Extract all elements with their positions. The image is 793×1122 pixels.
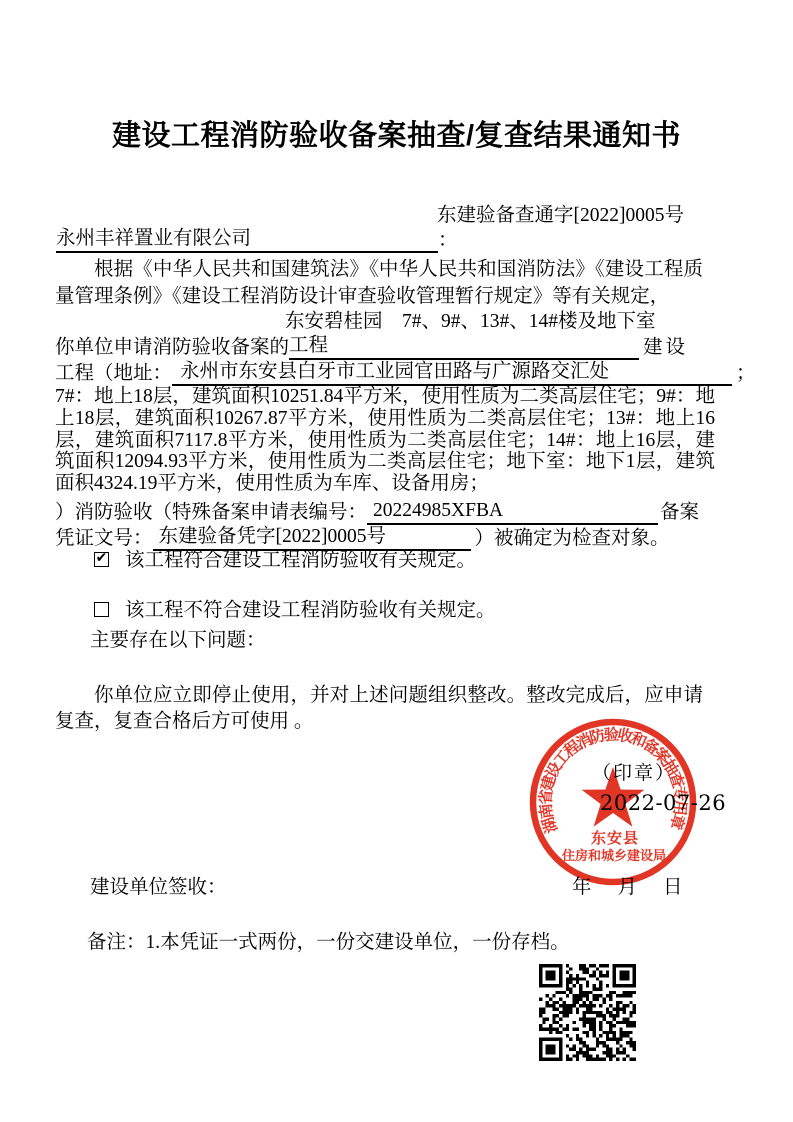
sign-month: 月 — [618, 876, 638, 900]
checkbox-pass-mark: ✔ — [96, 552, 108, 565]
problems-heading: 主要存在以下问题： — [90, 629, 266, 653]
sign-year: 年 — [572, 876, 592, 900]
result-pass-row: ✔ 该工程符合建设工程消防验收有关规定。 — [94, 549, 476, 573]
project-line-suffix: 建设 — [643, 337, 688, 358]
project-line: 你单位申请消防验收备案的工程建设 — [55, 334, 688, 360]
certificate-line: 凭证文号：东建验备凭字[2022]0005号）被确定为检查对象。 — [55, 525, 670, 551]
addressee-colon: ： — [438, 230, 458, 251]
doc-number: 东建验备查通字[2022]0005号 — [437, 204, 684, 228]
seal-org-line2: 住房和城乡建设局 — [562, 848, 666, 863]
sign-label: 建设单位签收： — [90, 876, 227, 900]
filing-line-prefix: ）消防验收（特殊备案申请表编号： — [55, 502, 367, 523]
addressee-row: 永州丰祥置业有限公司： — [56, 227, 458, 253]
certificate-line-prefix: 凭证文号： — [55, 528, 153, 549]
filing-line-suffix: 备案 — [660, 502, 699, 523]
result-fail-row: 该工程不符合建设工程消防验收有关规定。 — [94, 599, 496, 623]
remark-line: 备注：1.本凭证一式两份，一份交建设单位，一份存档。 — [87, 931, 570, 955]
checkbox-fail-label: 该工程不符合建设工程消防验收有关规定。 — [125, 599, 496, 623]
seal-org-line1: 东安县 — [591, 829, 639, 847]
address-line: 工程（地址：永州市东安县白牙市工业园官田路与广源路交汇处； — [55, 360, 756, 386]
project-line-prefix: 你单位申请消防验收备案的 — [55, 337, 289, 358]
buildings-paragraph: 7#：地上18层，建筑面积10251.84平方米，使用性质为二类高层住宅；9#：… — [55, 386, 715, 495]
address-line-prefix: 工程（地址： — [55, 363, 172, 384]
checkbox-pass[interactable]: ✔ — [94, 552, 109, 567]
sign-day: 日 — [663, 876, 683, 900]
address-blank: 永州市东安县白牙市工业园官田路与广源路交汇处 — [172, 360, 732, 386]
project-name-blank: 工程 — [289, 334, 639, 360]
notice-document: 建设工程消防验收备案抽查/复查结果通知书 东建验备查通字[2022]0005号 … — [0, 0, 793, 1122]
seal-graphic: 湖南省建设工程消防验收和备案抽查专用章 东安县 住房和城乡建设局 — [526, 716, 702, 892]
filing-number-blank: 20224985XFBA — [367, 499, 658, 525]
page-title: 建设工程消防验收备案抽查/复查结果通知书 — [0, 119, 793, 153]
certificate-line-suffix: ）被确定为检查对象。 — [475, 528, 670, 549]
seal-star-icon — [582, 767, 645, 827]
addressee-name: 永州丰祥置业有限公司 — [56, 227, 438, 253]
official-seal: 湖南省建设工程消防验收和备案抽查专用章 东安县 住房和城乡建设局 — [526, 716, 702, 892]
sign-date-blanks: 年 月 日 — [572, 876, 683, 900]
checkbox-fail[interactable] — [94, 602, 109, 617]
filing-line: ）消防验收（特殊备案申请表编号：20224985XFBA备案 — [55, 499, 699, 525]
certificate-number-blank: 东建验备凭字[2022]0005号 — [153, 525, 471, 551]
checkbox-pass-label: 该工程符合建设工程消防验收有关规定。 — [125, 549, 476, 573]
qr-code — [539, 964, 636, 1061]
legal-basis-paragraph: 根据《中华人民共和国建筑法》《中华人民共和国消防法》《建设工程质量管理条例》《建… — [55, 257, 703, 310]
address-line-suffix: ； — [736, 363, 756, 384]
project-name-overflow: 东安碧桂园 7#、9#、13#、14#楼及地下室 — [285, 310, 656, 334]
